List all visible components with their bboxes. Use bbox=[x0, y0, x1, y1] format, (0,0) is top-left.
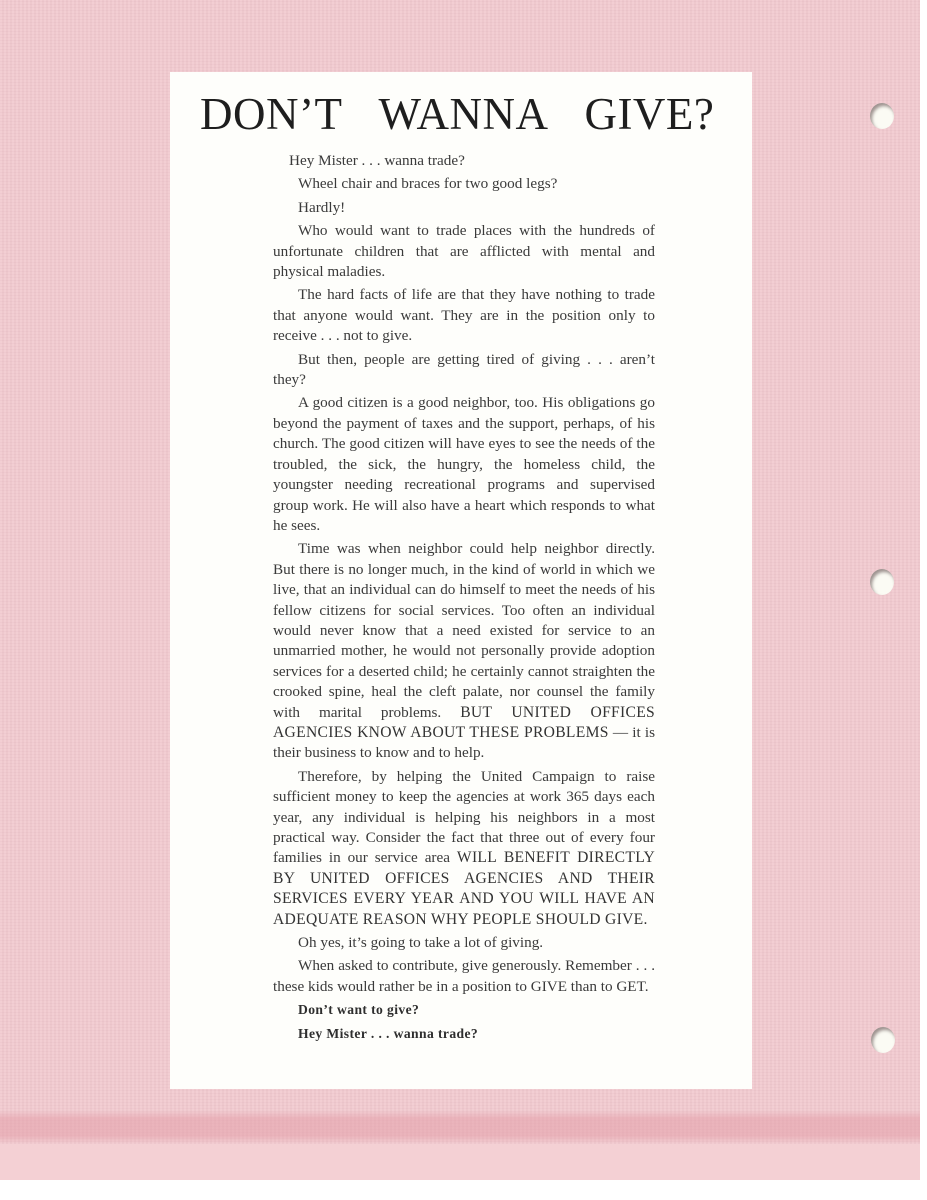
pink-binder-page: DON’TWANNAGIVE? Hey Mister . . . wanna t… bbox=[0, 0, 920, 1180]
paragraph-text: Time was when neighbor could help neighb… bbox=[273, 540, 655, 720]
paragraph: The hard facts of life are that they hav… bbox=[273, 285, 655, 346]
paragraph: Who would want to trade places with the … bbox=[273, 221, 655, 282]
paragraph: Hardly! bbox=[273, 198, 655, 218]
paragraph: Time was when neighbor could help neighb… bbox=[273, 539, 655, 763]
paragraph-opening: Hey Mister . . . wanna trade? bbox=[273, 151, 655, 171]
binder-hole-top bbox=[870, 103, 894, 129]
page-bottom-strip bbox=[0, 1144, 920, 1180]
article-body: Hey Mister . . . wanna trade? Wheel chai… bbox=[273, 151, 655, 1047]
closing-line: Hey Mister . . . wanna trade? bbox=[273, 1024, 655, 1044]
paragraph: A good citizen is a good neighbor, too. … bbox=[273, 393, 655, 536]
title-word-3: GIVE? bbox=[584, 88, 714, 140]
title-word-2: WANNA bbox=[378, 88, 548, 140]
article-title: DON’TWANNAGIVE? bbox=[200, 88, 740, 140]
pasted-article-sheet: DON’TWANNAGIVE? Hey Mister . . . wanna t… bbox=[170, 72, 752, 1089]
paragraph: But then, people are getting tired of gi… bbox=[273, 350, 655, 391]
page-fold-band bbox=[0, 1110, 920, 1144]
binder-hole-middle bbox=[870, 569, 894, 595]
paragraph: When asked to contribute, give generousl… bbox=[273, 956, 655, 997]
paragraph: Oh yes, it’s going to take a lot of givi… bbox=[273, 933, 655, 953]
binder-hole-bottom bbox=[871, 1027, 895, 1053]
paragraph: Therefore, by helping the United Campaig… bbox=[273, 767, 655, 930]
closing-line: Don’t want to give? bbox=[273, 1000, 655, 1020]
paragraph: Wheel chair and braces for two good legs… bbox=[273, 174, 655, 194]
title-word-1: DON’T bbox=[200, 88, 342, 140]
